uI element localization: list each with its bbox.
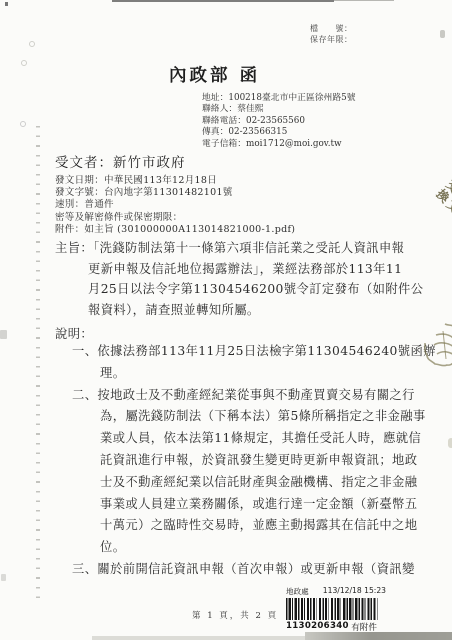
electronic-exchange-stamp: 電文交換 bbox=[427, 176, 452, 221]
explanation-line: 二、按地政士及不動產經紀業從事與不動產買賣交易有關之行 bbox=[72, 385, 435, 407]
file-number-label: 檔 號： bbox=[310, 23, 353, 34]
scan-artifact-bottom-shadow bbox=[305, 632, 452, 640]
scan-artifact-top-line bbox=[112, 0, 334, 2]
receive-datetime: 113/12/18 15:23 bbox=[323, 586, 386, 597]
scan-artifact-top-line-2 bbox=[334, 0, 394, 1]
meta-line: 發文日期：中華民國113年12月18日 bbox=[55, 175, 295, 187]
explanation-line: 為，屬洗錢防制法（下稱本法）第5條所稱指定之非金融事 bbox=[100, 406, 435, 428]
explanation-line: 位。 bbox=[100, 537, 435, 559]
agency-info-line: 聯絡人：蔡佳熙 bbox=[202, 104, 356, 115]
recipient-line: 受文者：新竹市政府 bbox=[55, 151, 186, 171]
scan-artifact-bottom-strip bbox=[92, 636, 310, 640]
explanation-line: 士及不動產經紀業以信託財產與金融機構、指定之非金融 bbox=[100, 472, 435, 494]
explanation-line: 十萬元）之臨時性交易時，並應主動揭露其在信託中之地 bbox=[100, 515, 435, 537]
punch-mark bbox=[29, 41, 35, 47]
document-title: 內政部 函 bbox=[169, 62, 260, 87]
explanation-label: 說明： bbox=[55, 324, 93, 342]
punch-mark bbox=[21, 60, 27, 66]
scan-artifact-seal-smudge bbox=[448, 438, 452, 448]
agency-info-line: 傳真：02-23566315 bbox=[202, 127, 356, 138]
agency-info-line: 地址：100218臺北市中正區徐州路5號 bbox=[202, 93, 356, 104]
punch-mark bbox=[20, 121, 26, 127]
document-meta-block: 發文日期：中華民國113年12月18日發文字號：台內地字第11301482101… bbox=[55, 175, 295, 236]
explanation-line: 業或人員，依本法第11條規定，其擔任受託人時，應就信 bbox=[100, 428, 435, 450]
subject-line: 報資料），請查照並轉知所屬。 bbox=[88, 300, 435, 321]
subject-line: 月25日以法令字第11304546200號令訂定發布（如附件公 bbox=[88, 279, 435, 300]
retention-period-label: 保存年限： bbox=[310, 34, 353, 45]
scan-artifact-edge-mark bbox=[1, 574, 6, 581]
scan-artifact-edge-mark bbox=[0, 330, 7, 339]
explanation-line: 三、關於前開信託資訊申報（首次申報）或更新申報（資訊變 bbox=[72, 559, 435, 581]
receive-registration-stamp: 地政處 113/12/18 15:23 1130206340 有附件 bbox=[286, 586, 386, 633]
meta-line: 發文字號：台內地字第11301482101號 bbox=[55, 187, 295, 199]
explanation-item-3: 三、關於前開信託資訊申報（首次申報）或更新申報（資訊變 bbox=[72, 559, 435, 581]
agency-info-line: 電子信箱：moi1712@moi.gov.tw bbox=[202, 139, 356, 150]
explanation-line: 事業或人員建立業務關係，或進行達一定金額（新臺幣五 bbox=[100, 494, 435, 516]
official-seal-partial bbox=[422, 321, 452, 369]
subject-line: 更新申報及信託地位揭露辦法」，業經法務部於113年11 bbox=[88, 259, 435, 280]
subject-paragraph: 主旨：「洗錢防制法第十一條第六項非信託業之受託人資訊申報更新申報及信託地位揭露辦… bbox=[55, 238, 435, 321]
explanation-body: 一、依據法務部113年11月25日法檢字第11304546240號函辦理。 二、… bbox=[55, 341, 435, 581]
barcode bbox=[286, 598, 379, 620]
scan-artifact-smudge bbox=[440, 30, 445, 38]
meta-line: 密等及解密條件或保密期限： bbox=[55, 212, 295, 224]
subject-line: 主旨：「洗錢防制法第十一條第六項非信託業之受託人資訊申報 bbox=[55, 238, 435, 259]
meta-line: 附件：如主旨 (301000000A113014821000-1.pdf) bbox=[55, 224, 295, 236]
agency-contact-info: 地址：100218臺北市中正區徐州路5號聯絡人：蔡佳熙聯絡電話：02-23565… bbox=[202, 93, 356, 150]
scanned-official-letter: 檔 號： 保存年限： 內政部 函 地址：100218臺北市中正區徐州路5號聯絡人… bbox=[0, 0, 452, 640]
binding-line-dots bbox=[36, 126, 40, 602]
explanation-line: 一、依據法務部113年11月25日法檢字第11304546240號函辦 bbox=[72, 341, 435, 363]
meta-line: 速別：普通件 bbox=[55, 199, 295, 211]
scan-artifact-corner-mark bbox=[5, 2, 8, 6]
receive-office: 地政處 bbox=[286, 586, 309, 597]
agency-info-line: 聯絡電話：02-23565560 bbox=[202, 116, 356, 127]
receive-stamp-header: 地政處 113/12/18 15:23 bbox=[286, 586, 386, 597]
file-number-block: 檔 號： 保存年限： bbox=[310, 23, 353, 45]
explanation-item-1: 一、依據法務部113年11月25日法檢字第11304546240號函辦理。 bbox=[72, 341, 435, 385]
page-number: 第 1 頁，共 2 頁 bbox=[192, 609, 278, 621]
explanation-line: 託資訊進行申報，於資訊發生變更時更新申報資訊；地政 bbox=[100, 450, 435, 472]
explanation-item-2: 二、按地政士及不動產經紀業從事與不動產買賣交易有關之行為，屬洗錢防制法（下稱本法… bbox=[72, 385, 435, 559]
explanation-line: 理。 bbox=[100, 363, 435, 385]
